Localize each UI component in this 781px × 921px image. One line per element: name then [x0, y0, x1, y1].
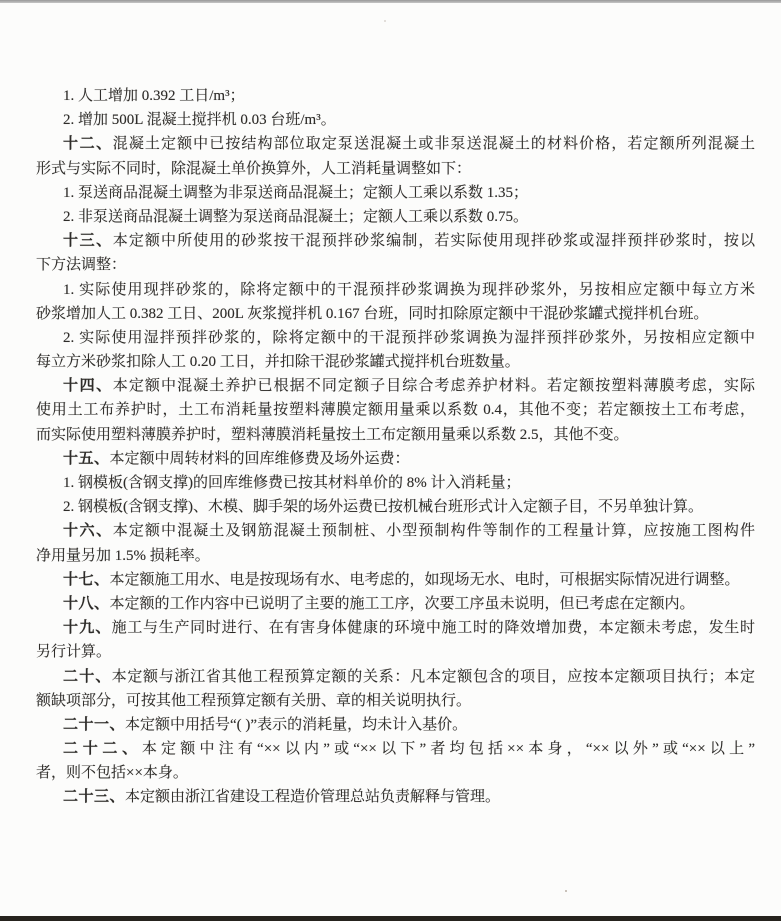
text-line: 十四、本定额中混凝土养护已根据不同定额子目综合考虑养护材料。若定额按塑料薄膜考虑… [36, 374, 755, 398]
text-line: 十六、本定额中混凝土及钢筋混凝土预制桩、小型预制构件等制作的工程量计算，应按施工… [36, 519, 755, 543]
text-line: 净用量另加 1.5% 损耗率。 [36, 544, 755, 568]
text-line: 形式与实际不同时，除混凝土单价换算外，人工消耗量调整如下： [36, 157, 755, 181]
text-line: 额缺项部分，可按其他工程预算定额有关册、章的相关说明执行。 [36, 689, 755, 713]
text-line: 另行计算。 [36, 640, 755, 664]
document-text-block: 1. 人工增加 0.392 工日/m³；2. 增加 500L 混凝土搅拌机 0.… [36, 84, 755, 810]
section-number: 十七、 [63, 571, 110, 588]
text-line: 而实际使用塑料薄膜养护时，塑料薄膜消耗量按土工布定额用量乘以系数 2.5，其他不… [36, 423, 755, 447]
text-line: 1. 实际使用现拌砂浆的，除将定额中的干混预拌砂浆调换为现拌砂浆外，另按相应定额… [36, 278, 755, 302]
text-line: 十七、本定额施工用水、电是按现场有水、电考虑的，如现场无水、电时，可根据实际情况… [36, 568, 755, 592]
text-line: 二十、本定额与浙江省其他工程预算定额的关系：凡本定额包含的项目，应按本定额项目执… [36, 665, 755, 689]
text-line: 十三、本定额中所使用的砂浆按干混预拌砂浆编制，若实际使用现拌砂浆或湿拌预拌砂浆时… [36, 229, 755, 253]
text-line: 1. 泵送商品混凝土调整为非泵送商品混凝土；定额人工乘以系数 1.35； [36, 181, 755, 205]
text-line: 每立方米砂浆扣除人工 0.20 工日，并扣除干混砂浆罐式搅拌机台班数量。 [36, 350, 755, 374]
text-line: 二十三、本定额由浙江省建设工程造价管理总站负责解释与管理。 [36, 785, 755, 809]
text-line: 下方法调整： [36, 253, 755, 277]
text-line: 1. 人工增加 0.392 工日/m³； [36, 84, 755, 108]
section-number: 十四、 [63, 377, 113, 394]
section-number: 十六、 [63, 522, 113, 539]
scan-noise-dot [384, 20, 386, 22]
text-line: 十八、本定额的工作内容中已说明了主要的施工工序，次要工序虽未说明，但已考虑在定额… [36, 592, 755, 616]
section-number: 二十二、 [63, 740, 142, 757]
text-line: 十五、本定额中周转材料的回库维修费及场外运费： [36, 447, 755, 471]
text-line: 2. 钢模板(含钢支撑)、木模、脚手架的场外运费已按机械台班形式计入定额子目，不… [36, 495, 755, 519]
section-number: 十三、 [63, 232, 113, 249]
section-number: 十八、 [63, 595, 110, 612]
text-line: 1. 钢模板(含钢支撑)的回库维修费已按其材料单价的 8% 计入消耗量； [36, 471, 755, 495]
text-line: 使用土工布养护时，土工布消耗量按塑料薄膜定额用量乘以系数 0.4，其他不变；若定… [36, 398, 755, 422]
scan-noise-dot [565, 890, 567, 892]
scan-edge-top [0, 0, 781, 3]
text-line: 十二、混凝土定额中已按结构部位取定泵送混凝土或非泵送混凝土的材料价格，若定额所列… [36, 132, 755, 156]
section-number: 十二、 [63, 135, 113, 152]
scan-edge-bottom [0, 916, 781, 921]
text-line: 者，则不包括××本身。 [36, 761, 755, 785]
text-line: 2. 实际使用湿拌预拌砂浆的，除将定额中的干混预拌砂浆调换为湿拌预拌砂浆外，另按… [36, 326, 755, 350]
section-number: 二十一、 [63, 716, 125, 733]
section-number: 二十三、 [63, 788, 125, 805]
text-line: 二十一、本定额中用括号“( )”表示的消耗量，均未计入基价。 [36, 713, 755, 737]
section-number: 十五、 [63, 450, 110, 467]
section-number: 十九、 [63, 619, 112, 636]
text-line: 砂浆增加人工 0.382 工日、200L 灰浆搅拌机 0.167 台班，同时扣除… [36, 302, 755, 326]
text-line: 2. 非泵送商品混凝土调整为泵送商品混凝土；定额人工乘以系数 0.75。 [36, 205, 755, 229]
text-line: 二十二、本定额中注有“××以内”或“××以下”者均包括××本身，“××以外”或“… [36, 737, 755, 761]
text-line: 十九、施工与生产同时进行、在有害身体健康的环境中施工时的降效增加费，本定额未考虑… [36, 616, 755, 640]
section-number: 二十、 [63, 668, 112, 685]
text-line: 2. 增加 500L 混凝土搅拌机 0.03 台班/m³。 [36, 108, 755, 132]
